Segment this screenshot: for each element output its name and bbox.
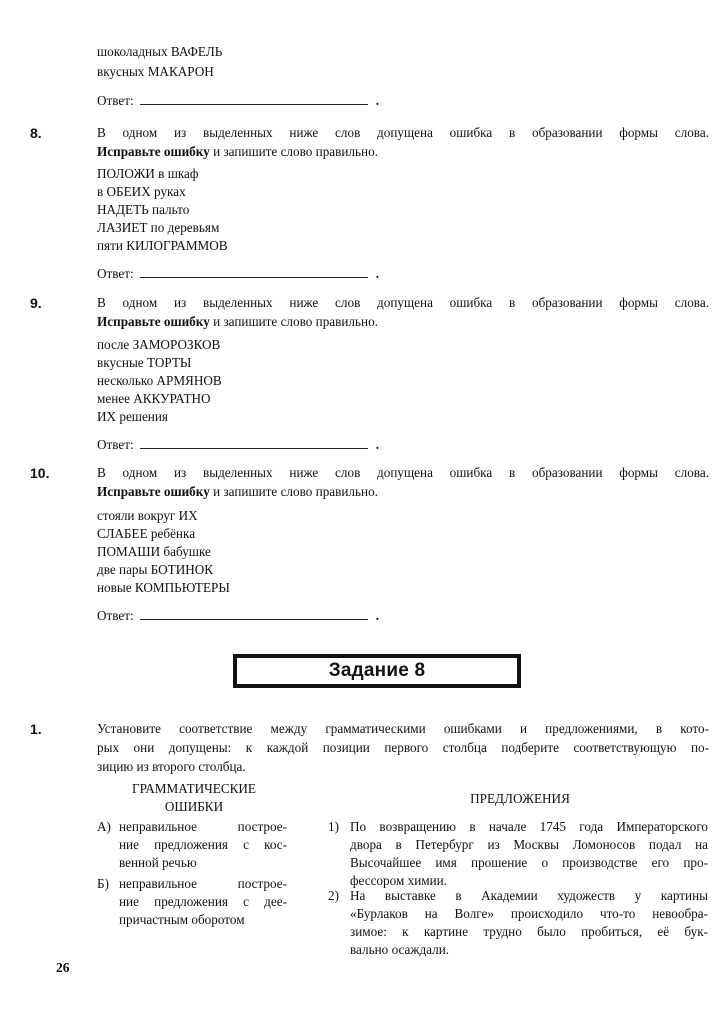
answer-end-dot: . xyxy=(376,265,379,283)
left-header-line: ОШИБКИ xyxy=(104,798,284,816)
task-instruction-line: рых они допущены: к каждой позиции перво… xyxy=(97,739,709,757)
option-text: стояли вокруг ИХ xyxy=(97,507,198,525)
answer-label: Ответ: xyxy=(97,437,134,452)
option-text: вкусные ТОРТЫ xyxy=(97,354,191,372)
answer-row: Ответ:. xyxy=(97,92,379,110)
answer-end-dot: . xyxy=(376,436,379,454)
answer-label: Ответ: xyxy=(97,93,134,108)
section-title-box: Задание 8 xyxy=(233,654,521,688)
option-text: вкусных МАКАРОН xyxy=(97,63,214,81)
question-instruction: В одном из выделенных ниже слов допущена… xyxy=(97,464,709,482)
sentence-line: двора в Петербург из Москвы Ломоносов по… xyxy=(350,836,708,854)
error-label: А) xyxy=(97,818,111,836)
sentence-line: зимое: к картине трудно было пробиться, … xyxy=(350,923,708,941)
option-text: новые КОМПЬЮТЕРЫ xyxy=(97,579,230,597)
error-label: Б) xyxy=(97,875,109,893)
task-instruction-line: Установите соответствие между грамматиче… xyxy=(97,720,709,738)
question-instruction-line2: Исправьте ошибку и запишите слово правил… xyxy=(97,143,378,161)
error-line: причастным оборотом xyxy=(119,911,287,929)
section-title: Задание 8 xyxy=(329,660,425,682)
right-column-header: ПРЕДЛОЖЕНИЯ xyxy=(360,790,680,808)
answer-field[interactable] xyxy=(140,436,368,449)
sentence-line: «Бурлаков на Волге» происходило что-то н… xyxy=(350,905,708,923)
option-text: ПОЛОЖИ в шкаф xyxy=(97,165,198,183)
error-line: неправильное построе- xyxy=(119,875,287,893)
answer-end-dot: . xyxy=(376,607,379,625)
option-text: менее АККУРАТНО xyxy=(97,390,211,408)
sentence-text: По возвращению в начале 1745 года Импера… xyxy=(350,818,708,890)
task-number: 1. xyxy=(30,720,42,738)
instruction-bold: Исправьте ошибку xyxy=(97,314,210,329)
question-number: 10. xyxy=(30,464,49,482)
answer-field[interactable] xyxy=(140,265,368,278)
error-text: неправильное построе- ние предложения с … xyxy=(119,875,287,929)
option-text: несколько АРМЯНОВ xyxy=(97,372,222,390)
sentence-line: Высочайшее имя прошение о производстве е… xyxy=(350,854,708,872)
answer-label: Ответ: xyxy=(97,608,134,623)
sentence-line: На выставке в Академии художеств у карти… xyxy=(350,887,708,905)
question-instruction-line2: Исправьте ошибку и запишите слово правил… xyxy=(97,313,378,331)
sentence-line: вально осаждали. xyxy=(350,941,708,959)
option-text: НАДЕТЬ пальто xyxy=(97,201,189,219)
sentence-text: На выставке в Академии художеств у карти… xyxy=(350,887,708,959)
option-text: в ОБЕИХ руках xyxy=(97,183,186,201)
error-line: ние предложения с дее- xyxy=(119,893,287,911)
instruction-bold: Исправьте ошибку xyxy=(97,144,210,159)
left-header-line: ГРАММАТИЧЕСКИЕ xyxy=(104,780,284,798)
answer-row: Ответ:. xyxy=(97,436,379,454)
page-number: 26 xyxy=(56,960,70,976)
answer-field[interactable] xyxy=(140,607,368,620)
answer-field[interactable] xyxy=(140,92,368,105)
option-text: две пары БОТИНОК xyxy=(97,561,213,579)
answer-end-dot: . xyxy=(376,92,379,110)
task-instruction-line: зицию из второго столбца. xyxy=(97,758,246,776)
error-line: ние предложения с кос- xyxy=(119,836,287,854)
question-number: 8. xyxy=(30,124,42,142)
option-text: пяти КИЛОГРАММОВ xyxy=(97,237,228,255)
error-line: венной речью xyxy=(119,854,287,872)
instruction-rest: и запишите слово правильно. xyxy=(210,314,378,329)
left-column-header: ГРАММАТИЧЕСКИЕ ОШИБКИ xyxy=(104,780,284,816)
question-number: 9. xyxy=(30,294,42,312)
option-text: после ЗАМОРОЗКОВ xyxy=(97,336,220,354)
option-text: шоколадных ВАФЕЛЬ xyxy=(97,43,222,61)
question-instruction-line2: Исправьте ошибку и запишите слово правил… xyxy=(97,483,378,501)
option-text: ПОМАШИ бабушке xyxy=(97,543,211,561)
answer-row: Ответ:. xyxy=(97,265,379,283)
question-instruction: В одном из выделенных ниже слов допущена… xyxy=(97,294,709,312)
option-text: СЛАБЕЕ ребёнка xyxy=(97,525,195,543)
sentence-line: По возвращению в начале 1745 года Импера… xyxy=(350,818,708,836)
error-text: неправильное построе- ние предложения с … xyxy=(119,818,287,872)
option-text: ИХ решения xyxy=(97,408,168,426)
sentence-label: 2) xyxy=(328,887,339,905)
instruction-rest: и запишите слово правильно. xyxy=(210,144,378,159)
option-text: ЛАЗИЕТ по деревьям xyxy=(97,219,219,237)
error-line: неправильное построе- xyxy=(119,818,287,836)
answer-label: Ответ: xyxy=(97,266,134,281)
answer-row: Ответ:. xyxy=(97,607,379,625)
instruction-bold: Исправьте ошибку xyxy=(97,484,210,499)
instruction-rest: и запишите слово правильно. xyxy=(210,484,378,499)
question-instruction: В одном из выделенных ниже слов допущена… xyxy=(97,124,709,142)
sentence-label: 1) xyxy=(328,818,339,836)
